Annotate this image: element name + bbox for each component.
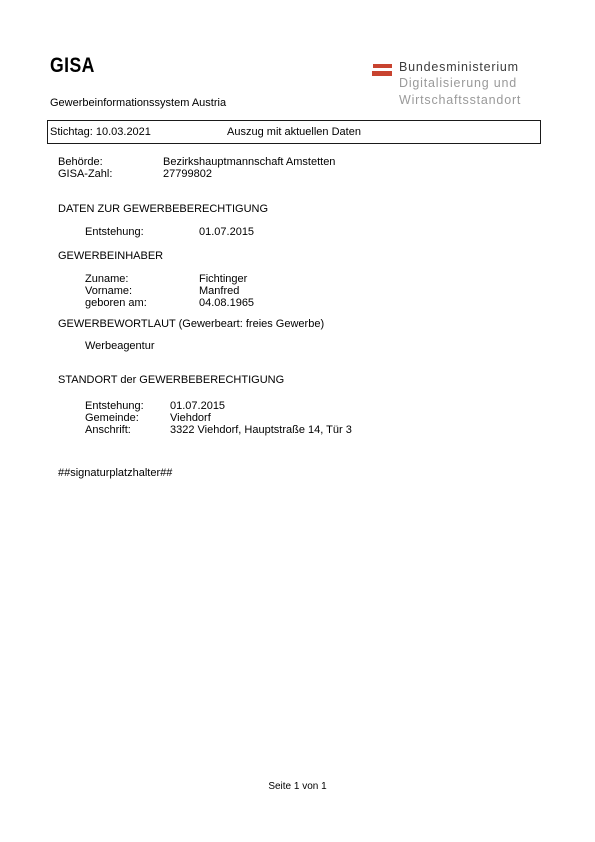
field-value: Bezirkshauptmannschaft Amstetten [163, 156, 335, 168]
stichtag-bar: Auszug mit aktuellen Daten Stichtag: 10.… [47, 120, 541, 144]
system-subtitle: Gewerbeinformationssystem Austria [50, 97, 226, 109]
field-label: Gemeinde: [85, 412, 139, 424]
field-value: 27799802 [163, 168, 212, 180]
field-label: Zuname: [85, 273, 128, 285]
signature-placeholder: ##signaturplatzhalter## [58, 467, 172, 479]
section-heading: STANDORT der GEWERBEBERECHTIGUNG [58, 374, 284, 386]
austria-flag-icon [372, 59, 392, 77]
ministry-name: Bundesministerium [399, 59, 521, 75]
ministry-logo: Bundesministerium Digitalisierung und Wi… [372, 59, 562, 113]
ministry-dept-line2: Wirtschaftsstandort [399, 92, 521, 108]
field-value: Viehdorf [170, 412, 211, 424]
ministry-dept-line1: Digitalisierung und [399, 75, 521, 91]
field-label: Anschrift: [85, 424, 131, 436]
section-heading: DATEN ZUR GEWERBEBERECHTIGUNG [58, 203, 268, 215]
field-value: Manfred [199, 285, 239, 297]
page-number: Seite 1 von 1 [0, 781, 595, 793]
field-value: 01.07.2015 [199, 226, 254, 238]
field-label: Entstehung: [85, 400, 144, 412]
document-page: GISA Gewerbeinformationssystem Austria B… [0, 0, 595, 842]
field-value: 04.08.1965 [199, 297, 254, 309]
gisa-logo: GISA [50, 54, 95, 78]
field-value: 01.07.2015 [170, 400, 225, 412]
section-heading: GEWERBEWORTLAUT (Gewerbeart: freies Gewe… [58, 318, 324, 330]
field-value: Fichtinger [199, 273, 247, 285]
field-label: GISA-Zahl: [58, 168, 112, 180]
ministry-text: Bundesministerium Digitalisierung und Wi… [399, 59, 521, 108]
field-label: Vorname: [85, 285, 132, 297]
gewerbewortlaut-text: Werbeagentur [85, 340, 155, 352]
field-label: Behörde: [58, 156, 103, 168]
stichtag-date: Stichtag: 10.03.2021 [50, 126, 151, 138]
field-label: geboren am: [85, 297, 147, 309]
field-value: 3322 Viehdorf, Hauptstraße 14, Tür 3 [170, 424, 352, 436]
section-heading: GEWERBEINHABER [58, 250, 163, 262]
field-label: Entstehung: [85, 226, 144, 238]
